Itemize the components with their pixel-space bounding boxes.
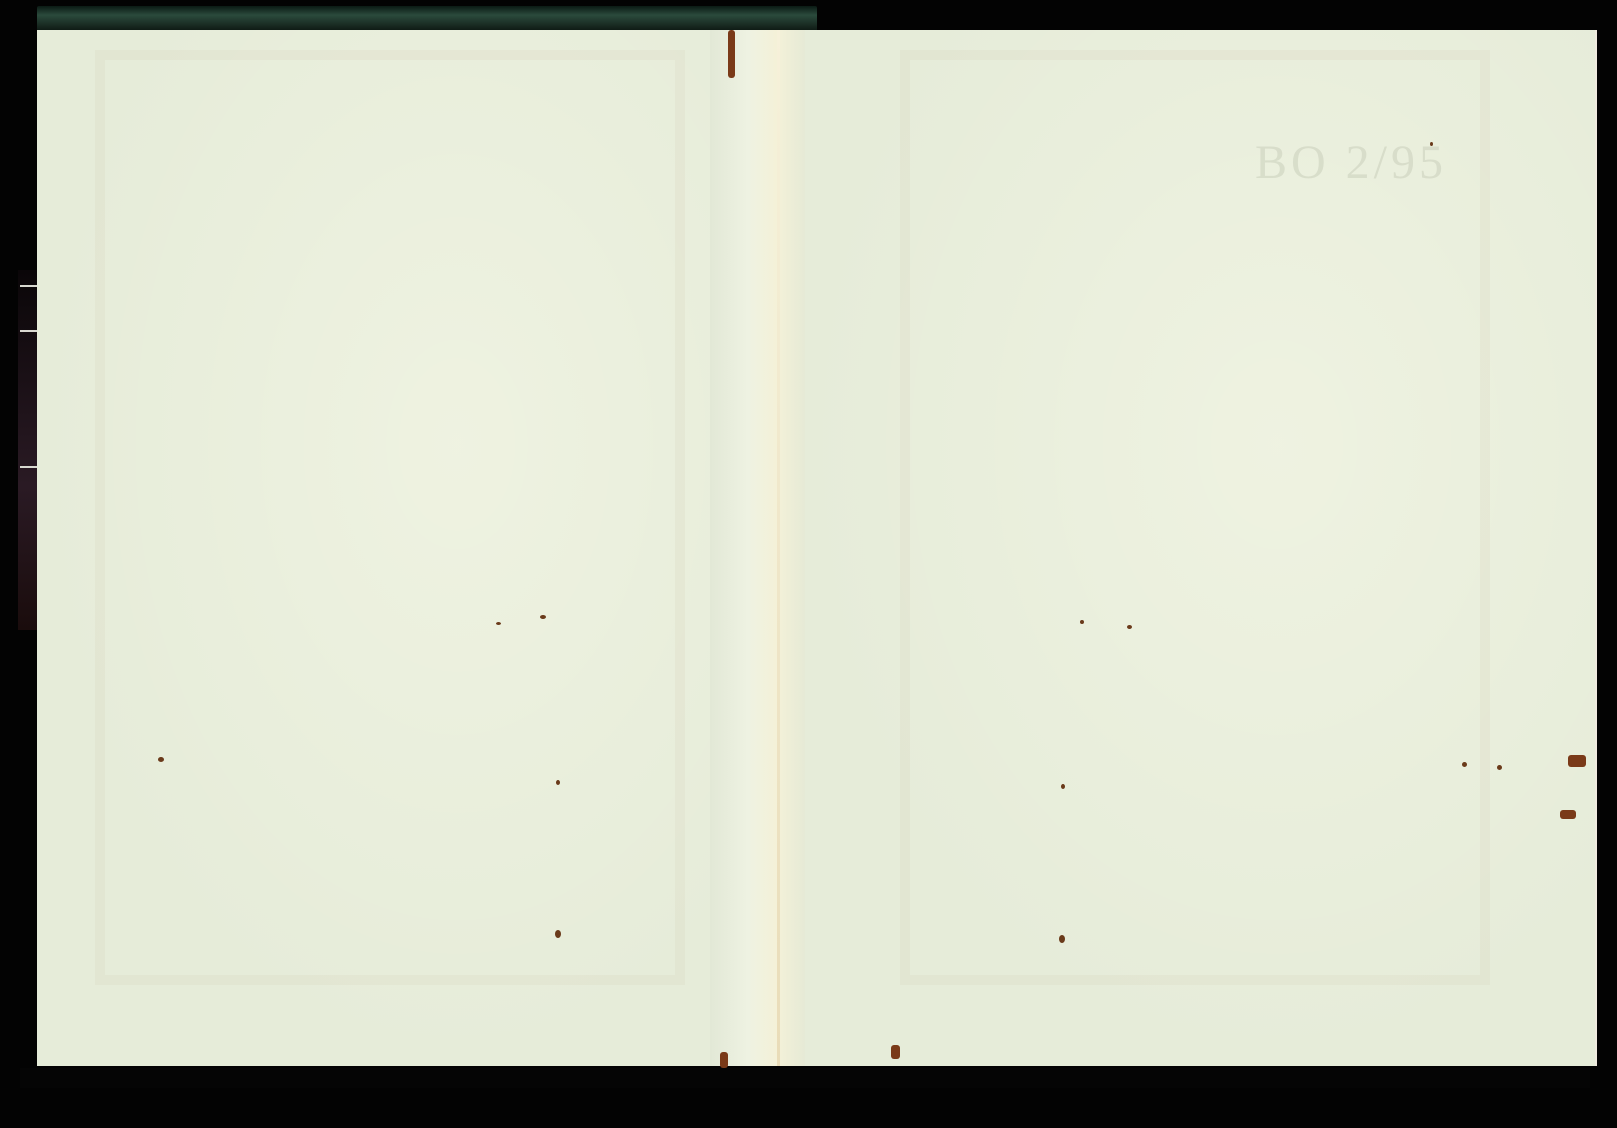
foxing-spot bbox=[1059, 935, 1065, 943]
rust-stain bbox=[891, 1045, 900, 1059]
foxing-spot bbox=[1127, 625, 1132, 629]
book-spine-gutter bbox=[710, 30, 805, 1066]
foxing-spot bbox=[540, 615, 546, 619]
rust-stain bbox=[728, 30, 735, 78]
foxing-spot bbox=[158, 757, 164, 762]
book-cover-bottom-edge bbox=[20, 1068, 1590, 1088]
ghost-mark-text: BO 2/95 bbox=[1255, 135, 1447, 190]
ruler-tick bbox=[20, 285, 38, 287]
spine-fold-line bbox=[777, 30, 780, 1066]
book-cover-top-edge bbox=[37, 6, 817, 32]
ruler-tick bbox=[20, 466, 38, 468]
right-page-border bbox=[900, 50, 1490, 985]
foxing-spot bbox=[1497, 765, 1502, 770]
foxing-spot bbox=[555, 930, 561, 938]
foxing-spot bbox=[556, 780, 560, 785]
foxing-spot bbox=[1061, 784, 1065, 789]
rust-stain bbox=[1568, 755, 1586, 767]
foxing-spot bbox=[496, 622, 501, 625]
left-page-pastedown-border bbox=[95, 50, 685, 985]
foxing-spot bbox=[1080, 620, 1084, 624]
rust-stain bbox=[1560, 810, 1576, 819]
foxing-spot bbox=[1430, 142, 1433, 146]
rust-stain bbox=[720, 1052, 728, 1068]
foxing-spot bbox=[1462, 762, 1467, 767]
ruler-tick bbox=[20, 330, 38, 332]
